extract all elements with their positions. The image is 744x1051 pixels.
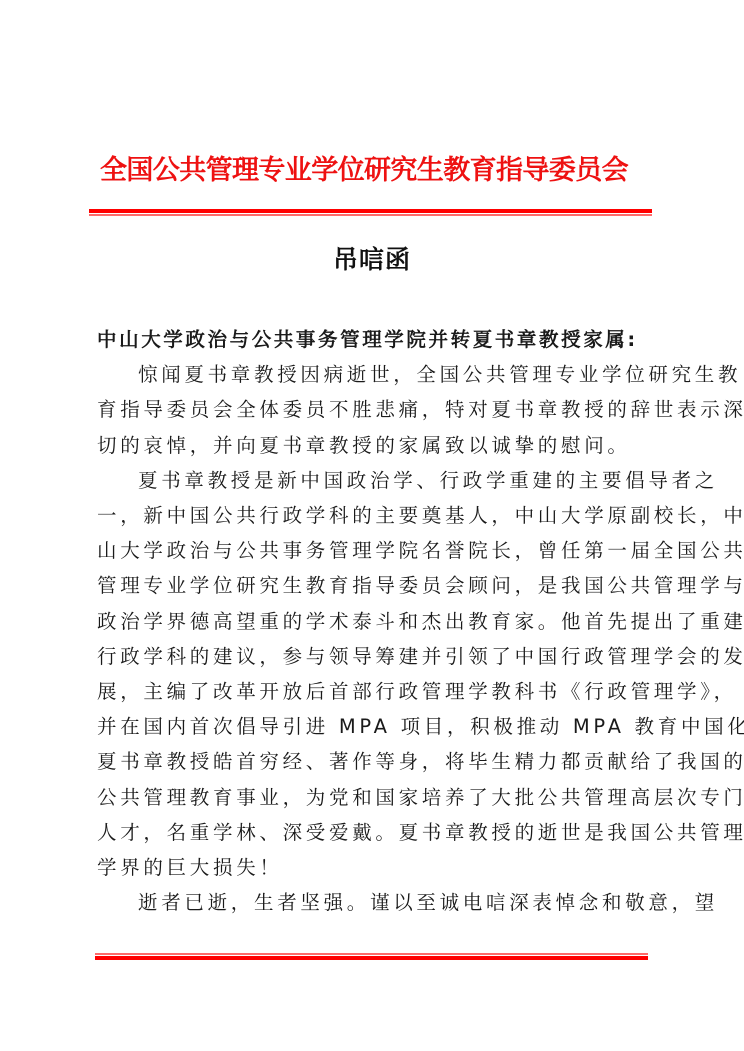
text-line: 行政学科的建议，参与领导筹建并引领了中国行政管理学会的发 — [97, 639, 652, 674]
document-title: 吊唁函 — [0, 240, 744, 276]
text-line: 管理专业学位研究生教育指导委员会顾问，是我国公共管理学与 — [97, 568, 652, 603]
text-line: 夏书章教授皓首穷经、著作等身，将毕生精力都贡献给了我国的 — [97, 744, 652, 779]
letter-body: 中山大学政治与公共事务管理学院并转夏书章教授家属: 惊闻夏书章教授因病逝世，全国… — [97, 322, 652, 920]
text-line: 政治学界德高望重的学术泰斗和杰出教育家。他首先提出了重建 — [97, 604, 652, 639]
text-line: 育指导委员会全体委员不胜悲痛，特对夏书章教授的辞世表示深 — [97, 392, 652, 427]
footer-divider-thick — [95, 956, 648, 960]
text-line: 展，主编了改革开放后首部行政管理学教科书《行政管理学》， — [97, 674, 652, 709]
organization-header: 全国公共管理专业学位研究生教育指导委员会 — [100, 148, 645, 187]
header-divider-thin — [89, 214, 652, 216]
footer-divider — [95, 953, 648, 960]
text-line: 公共管理教育事业，为党和国家培养了大批公共管理高层次专门 — [97, 780, 652, 815]
header-divider-thick — [89, 209, 652, 213]
text-line: 夏书章教授是新中国政治学、行政学重建的主要倡导者之 — [97, 463, 652, 498]
text-line: 一，新中国公共行政学科的主要奠基人，中山大学原副校长，中 — [97, 498, 652, 533]
paragraph-biography: 夏书章教授是新中国政治学、行政学重建的主要倡导者之 一，新中国公共行政学科的主要… — [97, 463, 652, 885]
footer-divider-thin — [95, 953, 648, 955]
paragraph-closing: 逝者已逝，生者坚强。谨以至诚电唁深表悼念和敬意，望 — [97, 885, 652, 920]
text-line: 学界的巨大损失！ — [97, 850, 652, 885]
text-line: 人才，名重学林、深受爱戴。夏书章教授的逝世是我国公共管理 — [97, 815, 652, 850]
text-line: 并在国内首次倡导引进 MPA 项目，积极推动 MPA 教育中国化。 — [97, 709, 652, 744]
text-line: 山大学政治与公共事务管理学院名誉院长，曾任第一届全国公共 — [97, 533, 652, 568]
text-line: 逝者已逝，生者坚强。谨以至诚电唁深表悼念和敬意，望 — [97, 885, 652, 920]
paragraph-condolence: 惊闻夏书章教授因病逝世，全国公共管理专业学位研究生教 育指导委员会全体委员不胜悲… — [97, 357, 652, 463]
text-line: 惊闻夏书章教授因病逝世，全国公共管理专业学位研究生教 — [97, 357, 652, 392]
text-line: 切的哀悼，并向夏书章教授的家属致以诚挚的慰问。 — [97, 428, 652, 463]
salutation: 中山大学政治与公共事务管理学院并转夏书章教授家属: — [97, 322, 652, 357]
header-divider — [89, 209, 652, 216]
